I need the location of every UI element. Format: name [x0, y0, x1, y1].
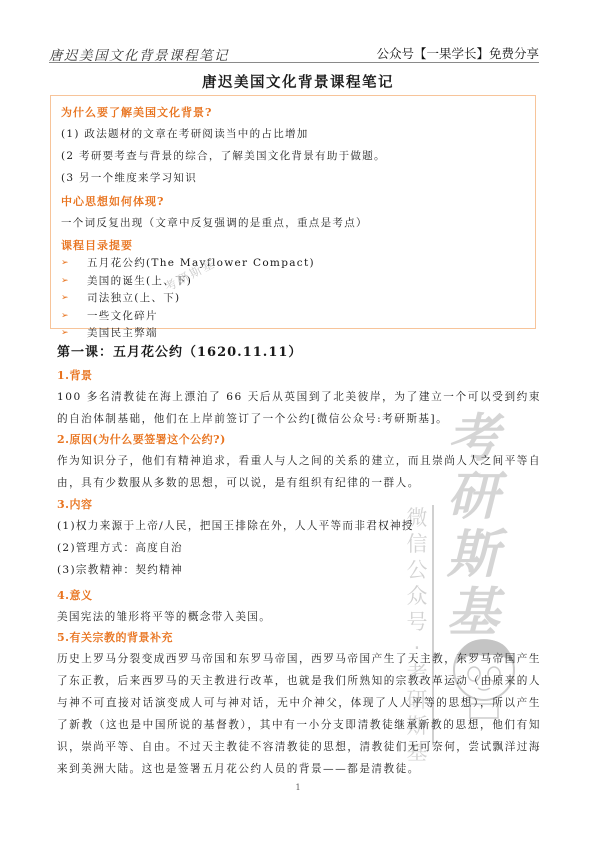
header-doc-name: 唐迟美国文化背景课程笔记	[49, 44, 229, 64]
section-significance: 4.意义 美国宪法的雏形将平等的概念带入美国。	[57, 586, 541, 628]
why-heading: 为什么要了解美国文化背景?	[61, 103, 525, 123]
section-text: 作为知识分子，他们有精神追求，看重人与人之间的关系的建立，而且崇尚人人之间平等自…	[57, 450, 541, 494]
arrow-bullet-icon: ➢	[61, 255, 87, 273]
catalog-item: ➢ 司法独立(上、下)	[61, 290, 525, 308]
catalog-heading: 课程目录提要	[61, 237, 525, 255]
page-number: 1	[0, 783, 596, 792]
header-source: 公众号【一果学长】免费分享	[376, 44, 539, 62]
why-item: (3 另一个维度来学习知识	[61, 167, 525, 189]
catalog-list: ➢ 五月花公约(The Mayflower Compact) ➢ 美国的诞生(上…	[61, 255, 525, 343]
section-heading: 3.内容	[57, 495, 541, 515]
section-content: 3.内容 (1)权力来源于上帝/人民，把国王排除在外，人人平等而非君权神授 (2…	[57, 495, 541, 581]
arrow-bullet-icon: ➢	[61, 290, 87, 308]
idea-text: 一个词反复出现（文章中反复强调的是重点，重点是考点）	[61, 212, 525, 234]
catalog-item: ➢ 美国民主弊端	[61, 325, 525, 343]
arrow-bullet-icon: ➢	[61, 308, 87, 326]
catalog-item-label: 美国民主弊端	[87, 325, 158, 343]
section-heading: 4.意义	[57, 586, 541, 606]
why-item: (2 考研要考查与背景的综合，了解美国文化背景有助于做题。	[61, 145, 525, 167]
catalog-item-label: 一些文化碎片	[87, 308, 158, 326]
lesson-title: 第一课：五月花公约（1620.11.11）	[57, 341, 302, 360]
section-religion: 5.有关宗教的背景补充 历史上罗马分裂变成西罗马帝国和东罗马帝国，西罗马帝国产生…	[57, 628, 541, 780]
section-text: 美国宪法的雏形将平等的概念带入美国。	[57, 606, 541, 628]
content-item: (1)权力来源于上帝/人民，把国王排除在外，人人平等而非君权神授	[57, 515, 541, 537]
content-item: (3)宗教精神：契约精神	[57, 559, 541, 581]
catalog-item: ➢ 美国的诞生(上、下)	[61, 273, 525, 291]
catalog-item-label: 司法独立(上、下)	[87, 290, 180, 308]
section-heading: 1.背景	[57, 366, 541, 386]
catalog-item: ➢ 五月花公约(The Mayflower Compact)	[61, 255, 525, 273]
why-item: (1) 政法题材的文章在考研阅读当中的占比增加	[61, 123, 525, 145]
section-text: 100 多名清教徒在海上漂泊了 66 天后从英国到了北美彼岸，为了建立一个可以受…	[57, 386, 541, 430]
section-heading: 5.有关宗教的背景补充	[57, 628, 541, 648]
section-background: 1.背景 100 多名清教徒在海上漂泊了 66 天后从英国到了北美彼岸，为了建立…	[57, 366, 541, 430]
arrow-bullet-icon: ➢	[61, 273, 87, 291]
catalog-item: ➢ 一些文化碎片	[61, 308, 525, 326]
idea-heading: 中心思想如何体现?	[61, 192, 525, 212]
document-title: 唐迟美国文化背景课程笔记	[0, 71, 596, 92]
section-reason: 2.原因(为什么要签署这个公约?) 作为知识分子，他们有精神追求，看重人与人之间…	[57, 430, 541, 494]
section-text: 历史上罗马分裂变成西罗马帝国和东罗马帝国，西罗马帝国产生了天主教，东罗马帝国产生…	[57, 648, 541, 780]
section-heading: 2.原因(为什么要签署这个公约?)	[57, 430, 541, 450]
summary-box: 为什么要了解美国文化背景? (1) 政法题材的文章在考研阅读当中的占比增加 (2…	[50, 95, 536, 329]
content-item: (2)管理方式：高度自治	[57, 537, 541, 559]
arrow-bullet-icon: ➢	[61, 325, 87, 343]
page-header: 唐迟美国文化背景课程笔记 公众号【一果学长】免费分享	[49, 42, 539, 63]
